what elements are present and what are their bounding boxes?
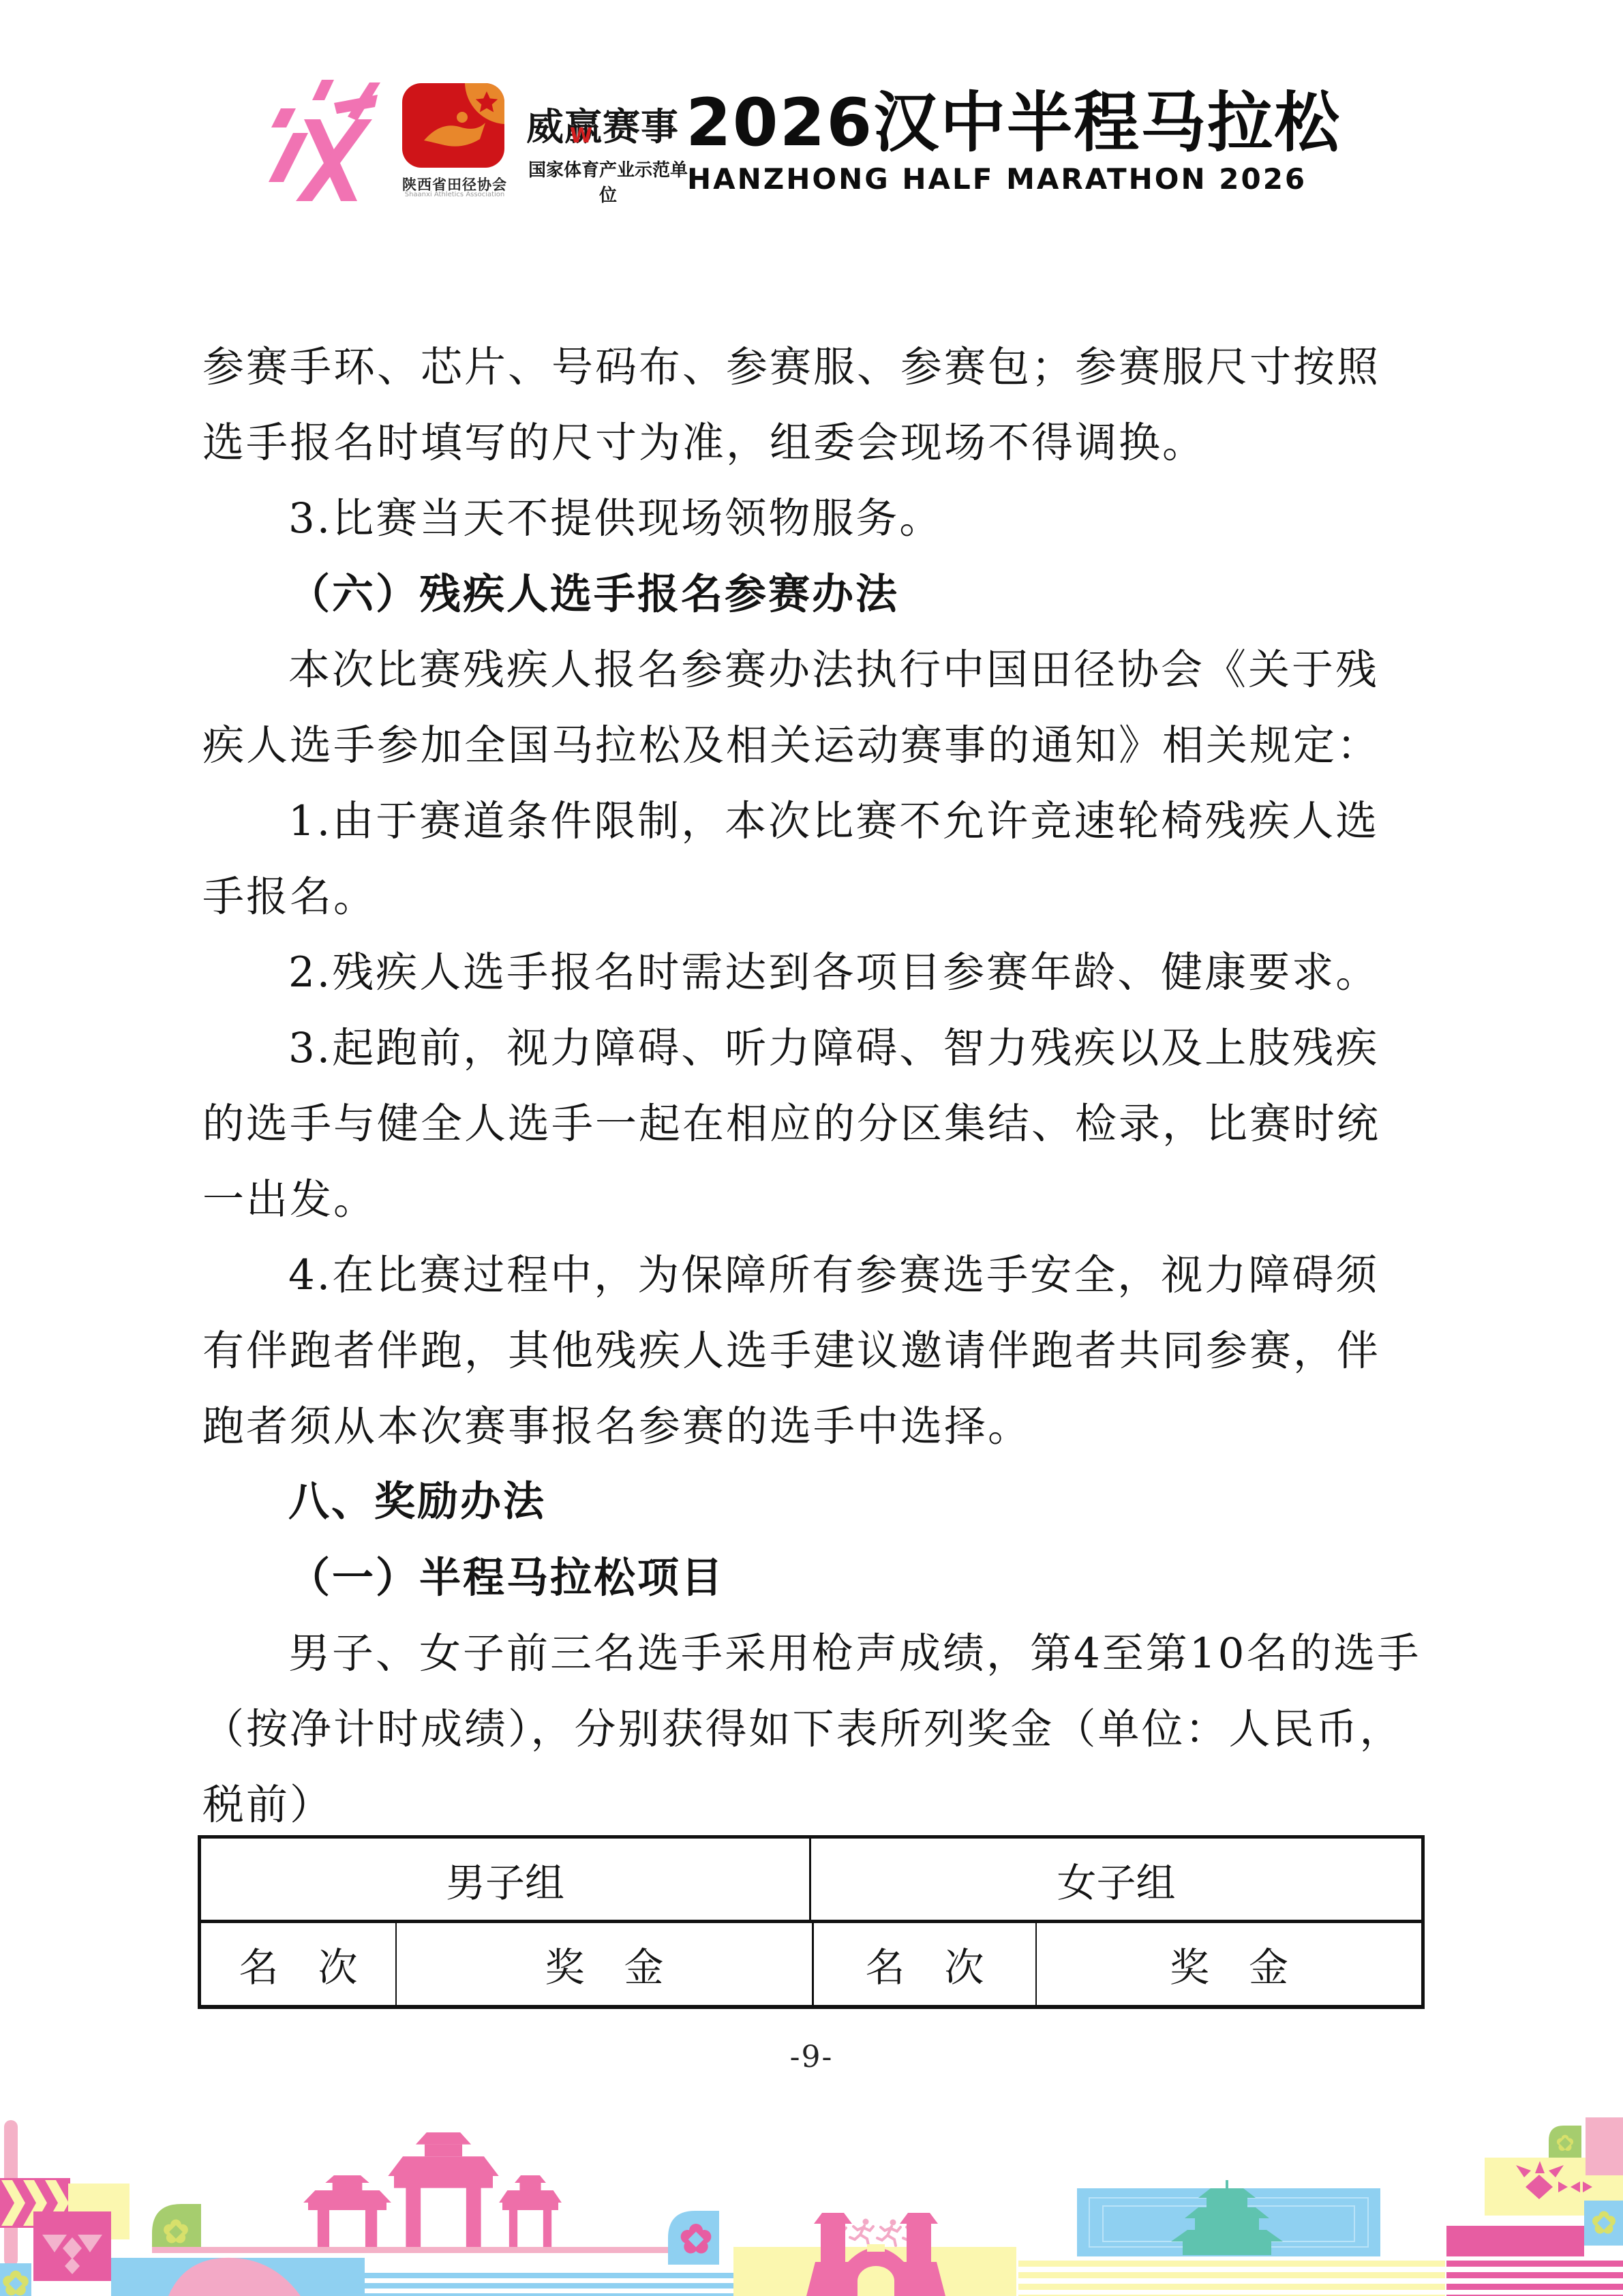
body-line: 参赛手环、芯片、号码布、参赛服、参赛包；参赛服尺寸按照 [202,334,1429,389]
body-line: 的选手与健全人选手一起在相应的分区集结、检录，比赛时统 [202,1091,1429,1145]
blue-arch-flower [668,2211,719,2265]
body-line: 疾人选手参加全国马拉松及相关运动赛事的通知》相关规定： [202,712,1429,767]
body-line: 手报名。 [202,864,1429,918]
event-title-en: HANZHONG HALF MARATHON 2026 [687,162,1328,196]
body-line: 选手报名时填写的尺寸为准，组委会现场不得调换。 [202,410,1429,464]
column-header-prize: 奖 金 [397,1923,814,2005]
page-number: -9- [0,2040,1623,2074]
green-arch-flower [152,2204,201,2248]
body-line: 1.由于赛道条件限制，本次比赛不允许竞速轮椅残疾人选 [202,788,1429,843]
ground-line [152,2247,719,2253]
body-line: （按净计时成绩），分别获得如下表所列奖金（单位：人民币， [202,1696,1429,1751]
body-line: 4.在比赛过程中，为保障所有参赛选手安全，视力障碍须 [202,1242,1429,1297]
runner-icon [850,2219,873,2246]
group-header-women: 女子组 [811,1839,1421,1920]
column-header-prize: 奖 金 [1037,1923,1421,2005]
pavilion-panel [1077,2180,1380,2256]
organizer-name: 威赢赛事 W [526,97,697,151]
body-line: 本次比赛残疾人报名参赛办法执行中国田径协会《关于残 [202,637,1429,691]
blue-square-flower-right [1584,2201,1623,2246]
document-page: { "header": { "event_logo_glyph": "汉", "… [0,0,1623,2296]
chapter-heading: 八、奖励办法 [202,1469,1429,1524]
section-heading: （一）半程马拉松项目 [202,1545,1429,1599]
organizer-w-mark: W [570,124,593,148]
city-gate-icon [499,2175,562,2247]
athletics-association-badge: 陕西省田径协会 Shaanxi Athletics Association [399,83,510,206]
city-gate-icon [388,2132,498,2247]
magenta-panel [1446,2226,1584,2256]
association-name-en: Shaanxi Athletics Association [399,191,510,198]
body-line: 3.起跑前，视力障碍、听力障碍、智力残疾以及上肢残疾 [202,1015,1429,1070]
association-badge-icon [399,83,510,172]
body-line: 跑者须从本次赛事报名参赛的选手中选择。 [202,1393,1429,1448]
hanzhong-han-logo-icon [267,78,382,207]
section-heading: （六）残疾人选手报名参赛办法 [202,561,1429,616]
magenta-stripes [1446,2261,1623,2296]
pink-panel [1586,2117,1623,2175]
body-line: 男子、女子前三名选手采用枪声成绩，第4至第10名的选手 [202,1620,1429,1675]
prize-table: 男子组 女子组 名 次 奖 金 名 次 奖 金 [198,1835,1425,2009]
table-row: 男子组 女子组 [201,1839,1421,1923]
footer-right-cluster [1077,2117,1623,2296]
green-arch-flower-small [1549,2126,1581,2158]
table-row: 名 次 奖 金 名 次 奖 金 [201,1923,1421,2005]
drum-tower-icon [806,2213,945,2296]
yellow-stripes [1018,2261,1445,2296]
blue-stripes [365,2273,733,2296]
body-line: 3.比赛当天不提供现场领物服务。 [202,485,1429,540]
body-line: 有伴跑者伴跑，其他残疾人选手建议邀请伴跑者共同参赛，伴 [202,1318,1429,1372]
blue-square-flower [0,2263,31,2296]
magenta-motif-square [33,2211,111,2281]
event-title-cn: 2026汉中半程马拉松 [686,71,1326,164]
column-header-rank: 名 次 [201,1923,397,2005]
group-header-men: 男子组 [201,1839,811,1920]
runner-icon [877,2220,900,2246]
column-header-rank: 名 次 [814,1923,1037,2005]
city-gate-icon [303,2175,391,2247]
body-line: 税前） [202,1772,1429,1826]
body-line: 2.残疾人选手报名时需达到各项目参赛年龄、健康要求。 [202,939,1429,994]
body-line: 一出发。 [202,1166,1429,1221]
organizer-subtitle: 国家体育产业示范单位 [526,156,690,207]
organizer-logo: 威赢赛事 W 国家体育产业示范单位 [526,97,697,207]
footer-art [0,2098,1623,2296]
